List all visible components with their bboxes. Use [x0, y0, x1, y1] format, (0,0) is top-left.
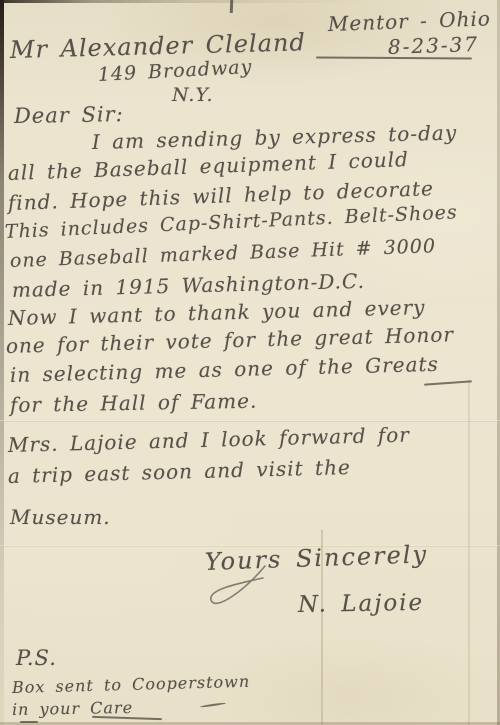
postscript-line-1: Box sent to Cooperstown: [12, 672, 251, 697]
postscript-dash-mark: [200, 702, 226, 708]
care-underline: [92, 716, 162, 720]
postscript-label: P.S.: [16, 646, 57, 670]
body-line-9: in selecting me as one of the Greats: [10, 352, 439, 387]
in-underline: [20, 721, 38, 723]
valediction: Yours Sincerely: [204, 540, 428, 576]
body-line-6: made in 1915 Washington-D.C.: [12, 269, 366, 302]
recipient-name: Mr Alexander Cleland: [10, 28, 307, 64]
fold-crease-horizontal-upper: [0, 420, 500, 422]
signature: N. Lajoie: [298, 590, 425, 618]
letter-page: Mentor - Ohio 8-23-37 Mr Alexander Clela…: [0, 0, 500, 725]
dateline-underline: [316, 56, 472, 59]
dateline-date: 8-23-37: [387, 32, 479, 59]
body-line-5: one Baseball marked Base Hit # 3000: [10, 235, 437, 272]
paper-edge-left: [0, 0, 4, 725]
fold-crease-vertical-right: [468, 380, 470, 725]
body-line-13: Museum.: [10, 505, 111, 529]
greats-underline: [424, 380, 472, 385]
body-line-12: a trip east soon and visit the: [8, 455, 351, 488]
paper-tear-mark: [230, 0, 233, 13]
body-line-11: Mrs. Lajoie and I look forward for: [8, 422, 411, 457]
paper-edge-top: [0, 0, 500, 3]
recipient-city: N.Y.: [172, 84, 214, 106]
body-line-10: for the Hall of Fame.: [10, 389, 258, 417]
salutation: Dear Sir:: [14, 102, 124, 128]
